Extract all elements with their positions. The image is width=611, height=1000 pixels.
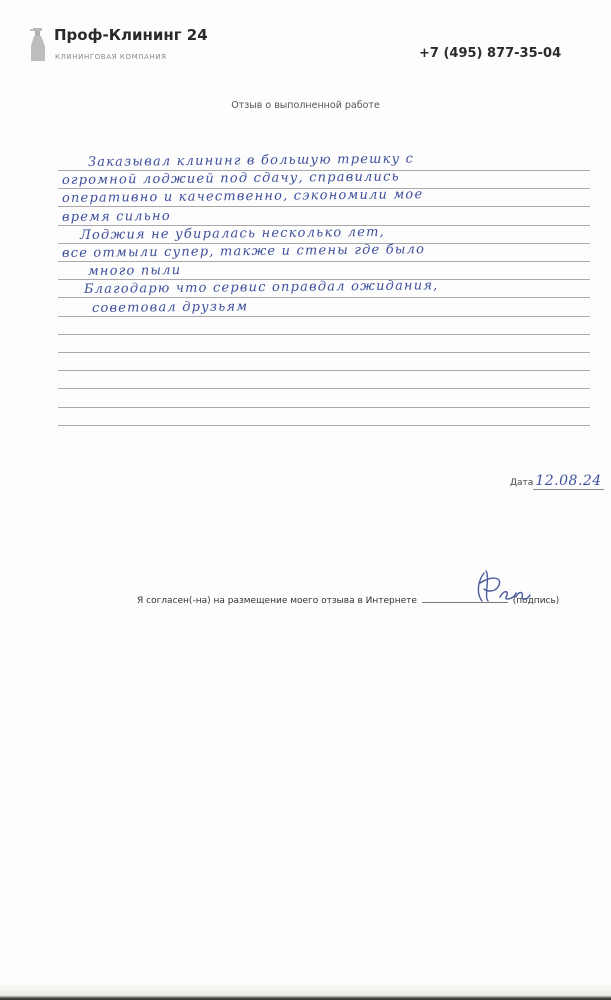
handwritten-line: все отмыли супер, также и стены где было bbox=[62, 242, 425, 261]
page-bottom-edge bbox=[0, 985, 611, 1000]
ruled-line bbox=[58, 206, 590, 207]
brand-name: Проф-Клининг 24 bbox=[54, 26, 208, 44]
handwritten-signature-icon bbox=[470, 567, 540, 607]
handwritten-line: оперативно и качественно, сэкономили мое bbox=[62, 188, 424, 207]
ruled-line bbox=[58, 261, 590, 262]
handwritten-line: огромной лоджией под сдачу, справились bbox=[62, 170, 400, 189]
handwritten-line: Заказывал клининг в большую трешку с bbox=[88, 152, 414, 170]
phone-number: +7 (495) 877-35-04 bbox=[419, 46, 561, 61]
ruled-line bbox=[58, 407, 590, 408]
ruled-line bbox=[58, 425, 590, 426]
ruled-line bbox=[58, 352, 590, 353]
consent-text: Я согласен(-на) на размещение моего отзы… bbox=[137, 596, 417, 606]
ruled-line bbox=[58, 388, 590, 389]
spray-bottle-icon bbox=[30, 28, 46, 62]
date-value: 12.08.24 bbox=[533, 473, 603, 490]
ruled-line bbox=[58, 370, 590, 371]
handwritten-line: советовал друзьям bbox=[92, 299, 248, 316]
handwritten-line: Лоджия не убиралась несколько лет, bbox=[80, 225, 385, 243]
ruled-line bbox=[58, 334, 590, 335]
date-label: Дата bbox=[510, 478, 533, 488]
date-field: Дата12.08.24 bbox=[510, 470, 604, 490]
handwritten-line: много пыли bbox=[88, 263, 181, 279]
handwritten-line: время сильно bbox=[62, 208, 171, 224]
handwritten-line: Благодарю что сервис оправдал ожидания, bbox=[84, 279, 439, 298]
brand-subtitle: КЛИНИНГОВАЯ КОМПАНИЯ bbox=[55, 53, 167, 61]
ruled-line bbox=[58, 316, 590, 317]
document-title: Отзыв о выполненной работе bbox=[0, 100, 611, 111]
ruled-line bbox=[58, 297, 590, 298]
